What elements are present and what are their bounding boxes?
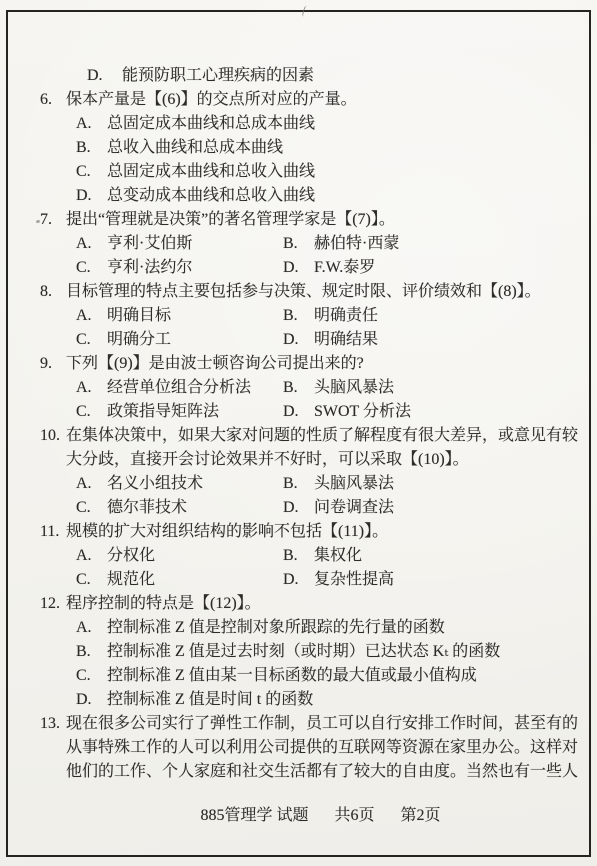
question-13-stem-line-1: 13.现在很多公司实行了弹性工作制，员工可以自行安排工作时间，甚至有的 (40, 712, 585, 736)
question-11-options-row-1: A.分权化B.集权化 (40, 544, 585, 568)
question-8-options-row-2: C.明确分工D.明确结果 (40, 328, 585, 352)
question-13-stem-line-3: 他们的工作、个人家庭和社交生活都有了较大的自由度。当然也有一些人 (40, 760, 585, 784)
option-text: 总收入曲线和总成本曲线 (107, 139, 283, 156)
option-label: C. (76, 256, 96, 280)
option-label: D. (76, 688, 96, 712)
option-text: 能预防职工心理疾病的因素 (122, 67, 314, 84)
question-12-stem: 12.程序控制的特点是【(12)】。 (40, 592, 585, 616)
option-text: 控制标准 Z 值由某一目标函数的最大值或最小值构成 (107, 667, 477, 684)
question-10-option-c: C.德尔菲技术 (76, 496, 283, 520)
question-9-option-b: B.头脑风暴法 (283, 379, 394, 396)
option-text: 经营单位组合分析法 (107, 379, 251, 396)
option-label: C. (76, 328, 96, 352)
option-label: A. (76, 616, 96, 640)
option-label: B. (283, 376, 303, 400)
footer-total-pages: 共6页 (334, 804, 374, 828)
option-label: A. (76, 112, 96, 136)
question-stem-text: 保本产量是【(6)】的交点所对应的产量。 (66, 91, 357, 108)
question-7-stem: 7.提出“管理就是决策”的著名管理学家是【(7)】。 (40, 208, 585, 232)
question-7-options-row-2: C.亨利·法约尔D.F.W.泰罗 (40, 256, 585, 280)
question-9: 9.下列【(9)】是由波士顿咨询公司提出来的? A.经营单位组合分析法B.头脑风… (40, 352, 585, 424)
option-text: F.W.泰罗 (314, 259, 375, 276)
question-11-options-row-2: C.规范化D.复杂性提高 (40, 568, 585, 592)
question-11-option-a: A.分权化 (76, 544, 283, 568)
question-7-option-b: B.赫伯特·西蒙 (283, 235, 399, 252)
question-6-stem: 6.保本产量是【(6)】的交点所对应的产量。 (40, 88, 585, 112)
option-label: B. (283, 304, 303, 328)
question-8-options-row-1: A.明确目标B.明确责任 (40, 304, 585, 328)
question-number: 6. (40, 88, 66, 112)
question-8-stem: 8.目标管理的特点主要包括参与决策、规定时限、评价绩效和【(8)】。 (40, 280, 585, 304)
question-11-option-d: D.复杂性提高 (283, 571, 394, 588)
option-label: D. (87, 64, 107, 88)
question-stem-text: 程序控制的特点是【(12)】。 (66, 595, 261, 612)
question-7-option-c: C.亨利·法约尔 (76, 256, 283, 280)
option-label: B. (283, 472, 303, 496)
question-5-option-d: D.能预防职工心理疾病的因素 (40, 64, 585, 88)
footer-current-page: 第2页 (401, 804, 441, 828)
option-label: B. (76, 136, 96, 160)
option-text: 政策指导矩阵法 (107, 403, 219, 420)
option-label: D. (283, 256, 303, 280)
question-number: 12. (40, 592, 66, 616)
question-10-option-a: A.名义小组技术 (76, 472, 283, 496)
option-text: 明确目标 (107, 307, 171, 324)
question-6: 6.保本产量是【(6)】的交点所对应的产量。 A.总固定成本曲线和总成本曲线 B… (40, 88, 585, 208)
question-9-option-c: C.政策指导矩阵法 (76, 400, 283, 424)
question-11-option-b: B.集权化 (283, 547, 362, 564)
question-6-option-d: D.总变动成本曲线和总收入曲线 (40, 184, 585, 208)
question-7-option-d: D.F.W.泰罗 (283, 259, 375, 276)
question-number: 11. (40, 520, 66, 544)
option-text: 头脑风暴法 (314, 475, 394, 492)
question-8-option-d: D.明确结果 (283, 331, 378, 348)
question-stem-text: 规模的扩大对组织结构的影响不包括【(11)】。 (66, 523, 388, 540)
question-7: 7.提出“管理就是决策”的著名管理学家是【(7)】。 A.亨利·艾伯斯B.赫伯特… (40, 208, 585, 280)
question-stem-text: 提出“管理就是决策”的著名管理学家是【(7)】。 (66, 211, 395, 228)
question-11-stem: 11.规模的扩大对组织结构的影响不包括【(11)】。 (40, 520, 585, 544)
option-label: B. (76, 640, 96, 664)
option-label: C. (76, 568, 96, 592)
question-10-option-d: D.问卷调查法 (283, 499, 394, 516)
option-label: A. (76, 304, 96, 328)
option-label: A. (76, 232, 96, 256)
option-text: 控制标准 Z 值是时间 t 的函数 (107, 691, 313, 708)
question-6-option-b: B.总收入曲线和总成本曲线 (40, 136, 585, 160)
exam-content: D.能预防职工心理疾病的因素 6.保本产量是【(6)】的交点所对应的产量。 A.… (40, 64, 585, 784)
option-text: 总变动成本曲线和总收入曲线 (107, 187, 315, 204)
option-text: 总固定成本曲线和总成本曲线 (107, 115, 315, 132)
option-label: C. (76, 664, 96, 688)
question-12-option-b: B.控制标准 Z 值是过去时刻（或时期）已达状态 Kₜ 的函数 (40, 640, 585, 664)
question-13: 13.现在很多公司实行了弹性工作制，员工可以自行安排工作时间，甚至有的 从事特殊… (40, 712, 585, 784)
question-10-options-row-1: A.名义小组技术B.头脑风暴法 (40, 472, 585, 496)
question-9-options-row-2: C.政策指导矩阵法D.SWOT 分析法 (40, 400, 585, 424)
question-6-option-c: C.总固定成本曲线和总收入曲线 (40, 160, 585, 184)
option-label: D. (283, 328, 303, 352)
option-text: 控制标准 Z 值是控制对象所跟踪的先行量的函数 (107, 619, 445, 636)
question-stem-text: 下列【(9)】是由波士顿咨询公司提出来的? (66, 355, 364, 372)
option-text: 头脑风暴法 (314, 379, 394, 396)
option-text: 总固定成本曲线和总收入曲线 (107, 163, 315, 180)
option-label: B. (283, 544, 303, 568)
question-number: 8. (40, 280, 66, 304)
question-stem-text: 在集体决策中，如果大家对问题的性质了解程度有很大差异，或意见有较 (66, 427, 578, 444)
option-text: 复杂性提高 (314, 571, 394, 588)
question-8-option-b: B.明确责任 (283, 307, 378, 324)
question-stem-text: 现在很多公司实行了弹性工作制，员工可以自行安排工作时间，甚至有的 (66, 715, 578, 732)
question-7-options-row-1: A.亨利·艾伯斯B.赫伯特·西蒙 (40, 232, 585, 256)
question-6-option-a: A.总固定成本曲线和总成本曲线 (40, 112, 585, 136)
option-label: C. (76, 496, 96, 520)
question-12-option-c: C.控制标准 Z 值由某一目标函数的最大值或最小值构成 (40, 664, 585, 688)
question-8: 8.目标管理的特点主要包括参与决策、规定时限、评价绩效和【(8)】。 A.明确目… (40, 280, 585, 352)
option-label: D. (283, 400, 303, 424)
option-label: B. (283, 232, 303, 256)
question-8-option-a: A.明确目标 (76, 304, 283, 328)
option-label: A. (76, 472, 96, 496)
option-text: 赫伯特·西蒙 (314, 235, 399, 252)
question-9-stem: 9.下列【(9)】是由波士顿咨询公司提出来的? (40, 352, 585, 376)
option-text: 名义小组技术 (107, 475, 203, 492)
question-9-options-row-1: A.经营单位组合分析法B.头脑风暴法 (40, 376, 585, 400)
question-9-option-a: A.经营单位组合分析法 (76, 376, 283, 400)
option-label: D. (283, 496, 303, 520)
question-11: 11.规模的扩大对组织结构的影响不包括【(11)】。 A.分权化B.集权化 C.… (40, 520, 585, 592)
option-label: D. (76, 184, 96, 208)
question-number: 7. (40, 208, 66, 232)
question-10: 10.在集体决策中，如果大家对问题的性质了解程度有很大差异，或意见有较 大分歧，… (40, 424, 585, 520)
footer-exam-title: 885管理学 试题 (200, 804, 308, 828)
question-10-stem-line-1: 10.在集体决策中，如果大家对问题的性质了解程度有很大差异，或意见有较 (40, 424, 585, 448)
option-text: 规范化 (107, 571, 155, 588)
option-text: 明确责任 (314, 307, 378, 324)
question-stem-text: 目标管理的特点主要包括参与决策、规定时限、评价绩效和【(8)】。 (66, 283, 541, 300)
option-text: 亨利·艾伯斯 (107, 235, 192, 252)
question-8-option-c: C.明确分工 (76, 328, 283, 352)
option-label: A. (76, 376, 96, 400)
option-label: D. (283, 568, 303, 592)
option-label: C. (76, 400, 96, 424)
question-11-option-c: C.规范化 (76, 568, 283, 592)
question-10-options-row-2: C.德尔菲技术D.问卷调查法 (40, 496, 585, 520)
question-13-stem-line-2: 从事特殊工作的人可以利用公司提供的互联网等资源在家里办公。这样对 (40, 736, 585, 760)
option-text: 控制标准 Z 值是过去时刻（或时期）已达状态 Kₜ 的函数 (107, 643, 500, 660)
question-number: 13. (40, 712, 66, 736)
option-text: 问卷调查法 (314, 499, 394, 516)
question-number: 9. (40, 352, 66, 376)
option-text: 集权化 (314, 547, 362, 564)
option-label: A. (76, 544, 96, 568)
page-footer: 885管理学 试题 共6页 第2页 (22, 804, 597, 828)
question-10-stem-line-2: 大分歧，直接开会讨论效果并不好时，可以采取【(10)】。 (40, 448, 585, 472)
question-12-option-a: A.控制标准 Z 值是控制对象所跟踪的先行量的函数 (40, 616, 585, 640)
option-text: 德尔菲技术 (107, 499, 187, 516)
option-text: 明确结果 (314, 331, 378, 348)
question-number: 10. (40, 424, 66, 448)
question-7-option-a: A.亨利·艾伯斯 (76, 232, 283, 256)
option-text: SWOT 分析法 (314, 403, 411, 420)
question-stem-text: 从事特殊工作的人可以利用公司提供的互联网等资源在家里办公。这样对 (66, 739, 578, 756)
question-12-option-d: D.控制标准 Z 值是时间 t 的函数 (40, 688, 585, 712)
option-label: C. (76, 160, 96, 184)
option-text: 分权化 (107, 547, 155, 564)
scan-artifact-tick (302, 6, 310, 18)
question-10-option-b: B.头脑风暴法 (283, 475, 394, 492)
option-text: 明确分工 (107, 331, 171, 348)
question-stem-text: 他们的工作、个人家庭和社交生活都有了较大的自由度。当然也有一些人 (66, 763, 578, 780)
question-stem-text: 大分歧，直接开会讨论效果并不好时，可以采取【(10)】。 (66, 451, 469, 468)
question-12: 12.程序控制的特点是【(12)】。 A.控制标准 Z 值是控制对象所跟踪的先行… (40, 592, 585, 712)
option-text: 亨利·法约尔 (107, 259, 192, 276)
question-9-option-d: D.SWOT 分析法 (283, 403, 411, 420)
